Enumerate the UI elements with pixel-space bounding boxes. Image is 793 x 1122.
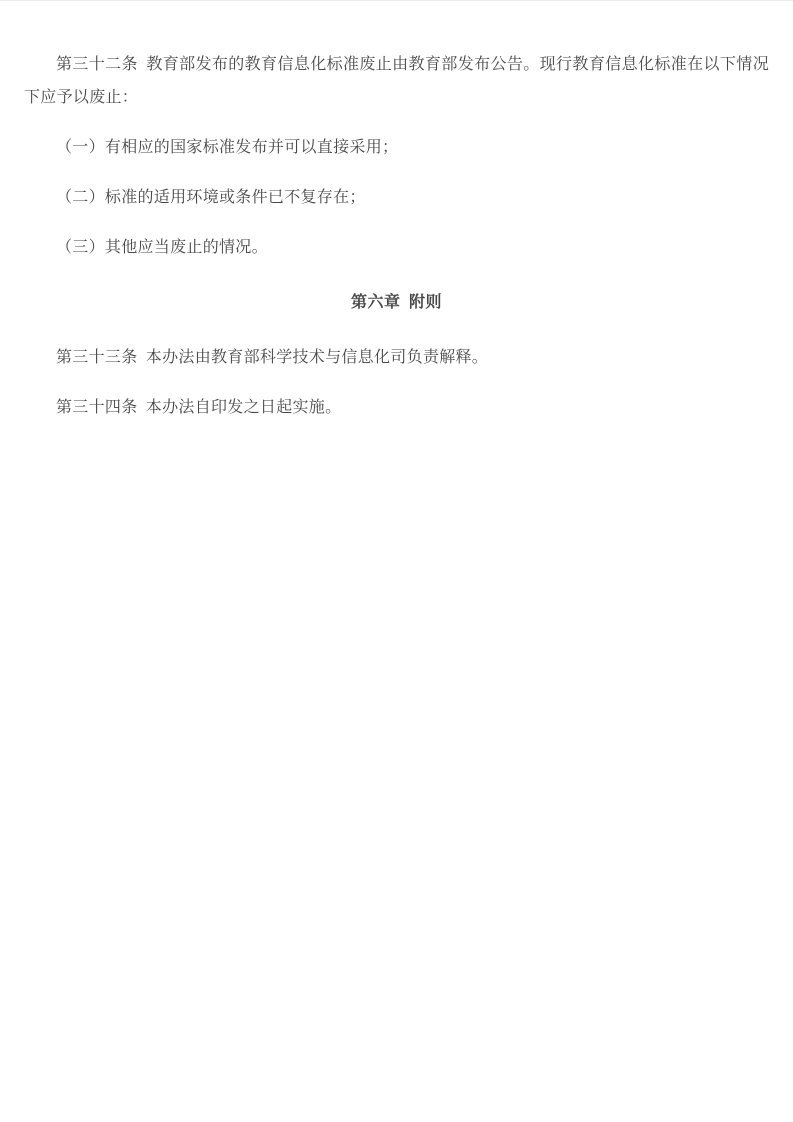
article-32-paragraph: 第三十二条 教育部发布的教育信息化标准废止由教育部发布公告。现行教育信息化标准在… (24, 48, 769, 114)
abolition-condition-item-3: （三）其他应当废止的情况。 (24, 231, 769, 264)
article-33-paragraph: 第三十三条 本办法由教育部科学技术与信息化司负责解释。 (24, 341, 769, 374)
abolition-condition-item-1: （一）有相应的国家标准发布并可以直接采用； (24, 131, 769, 164)
abolition-condition-item-2: （二）标准的适用环境或条件已不复存在； (24, 181, 769, 214)
document-page: 第三十二条 教育部发布的教育信息化标准废止由教育部发布公告。现行教育信息化标准在… (0, 0, 793, 1122)
article-34-paragraph: 第三十四条 本办法自印发之日起实施。 (24, 391, 769, 424)
chapter-6-heading: 第六章 附则 (24, 286, 769, 319)
